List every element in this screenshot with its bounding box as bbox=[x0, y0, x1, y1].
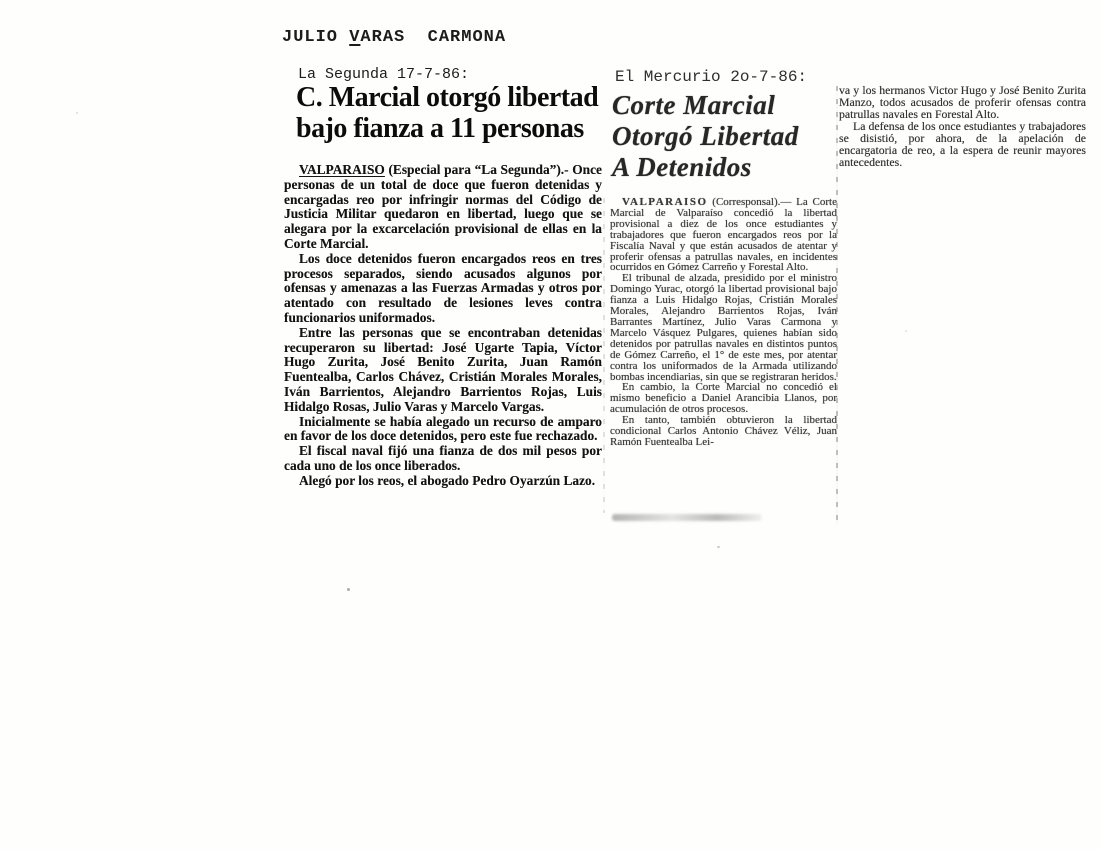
annotator-name-underlined-letter: V bbox=[349, 28, 360, 47]
source-dateline-la-segunda: La Segunda 17-7-86: bbox=[298, 66, 469, 83]
smudged-print-line bbox=[612, 514, 762, 521]
headline-la-segunda: C. Marcial otorgó libertad bajo fianza a… bbox=[296, 82, 606, 144]
headline-line-1: Corte Marcial bbox=[612, 90, 842, 121]
paragraph: Alegó por los reos, el abogado Pedro Oya… bbox=[284, 474, 602, 489]
paragraph: El fiscal naval fijó una fianza de dos m… bbox=[284, 444, 602, 474]
scan-speck bbox=[717, 546, 720, 548]
article-body-la-segunda: VALPARAISO (Especial para “La Segunda”).… bbox=[284, 163, 602, 489]
headline-line-2: bajo fianza a 11 personas bbox=[296, 113, 606, 144]
headline-line-3: A Detenidos bbox=[612, 152, 842, 183]
headline-line-2: Otorgó Libertad bbox=[612, 121, 842, 152]
column-rule bbox=[836, 86, 838, 524]
article-body-continuation: va y los hermanos Victor Hugo y José Ben… bbox=[839, 84, 1086, 168]
dateline-city: VALPARAISO bbox=[299, 162, 385, 177]
column-rule bbox=[603, 198, 605, 513]
scan-speck bbox=[905, 330, 907, 332]
paragraph: En cambio, la Corte Marcial no concedió … bbox=[610, 382, 837, 415]
scan-speck bbox=[347, 588, 350, 591]
paragraph: En tanto, también obtuvieron la libertad… bbox=[610, 415, 837, 448]
paragraph-continuation: va y los hermanos Victor Hugo y José Ben… bbox=[839, 84, 1086, 120]
paragraph: Entre las personas que se encontraban de… bbox=[284, 326, 602, 415]
annotator-name-pre: JULIO bbox=[282, 28, 349, 47]
paragraph-lead: VALPARAISO (Especial para “La Segunda”).… bbox=[284, 163, 602, 252]
article-body-el-mercurio: VALPARAISO (Corresponsal).— La Corte Mar… bbox=[610, 197, 837, 448]
paragraph: Inicialmente se había alegado un recurso… bbox=[284, 415, 602, 445]
paragraph: La defensa de los once estudiantes y tra… bbox=[839, 120, 1086, 168]
paragraph: El tribunal de alzada, presidido por el … bbox=[610, 273, 837, 382]
source-dateline-el-mercurio: El Mercurio 2o-7-86: bbox=[615, 68, 807, 86]
annotator-name-post: ARAS CARMONA bbox=[360, 28, 506, 47]
paragraph: Los doce detenidos fueron encargados reo… bbox=[284, 252, 602, 326]
paragraph-lead-text: (Corresponsal).— La Corte Marcial de Val… bbox=[610, 196, 837, 273]
scanned-newspaper-page: JULIO VARAS CARMONA La Segunda 17-7-86: … bbox=[0, 0, 1100, 850]
annotator-name: JULIO VARAS CARMONA bbox=[282, 28, 506, 47]
article-continuation-column: va y los hermanos Victor Hugo y José Ben… bbox=[839, 84, 1086, 168]
scan-speck bbox=[76, 112, 78, 114]
headline-el-mercurio: Corte Marcial Otorgó Libertad A Detenido… bbox=[612, 90, 842, 183]
paragraph-lead: VALPARAISO (Corresponsal).— La Corte Mar… bbox=[610, 197, 837, 273]
headline-line-1: C. Marcial otorgó libertad bbox=[296, 82, 606, 113]
